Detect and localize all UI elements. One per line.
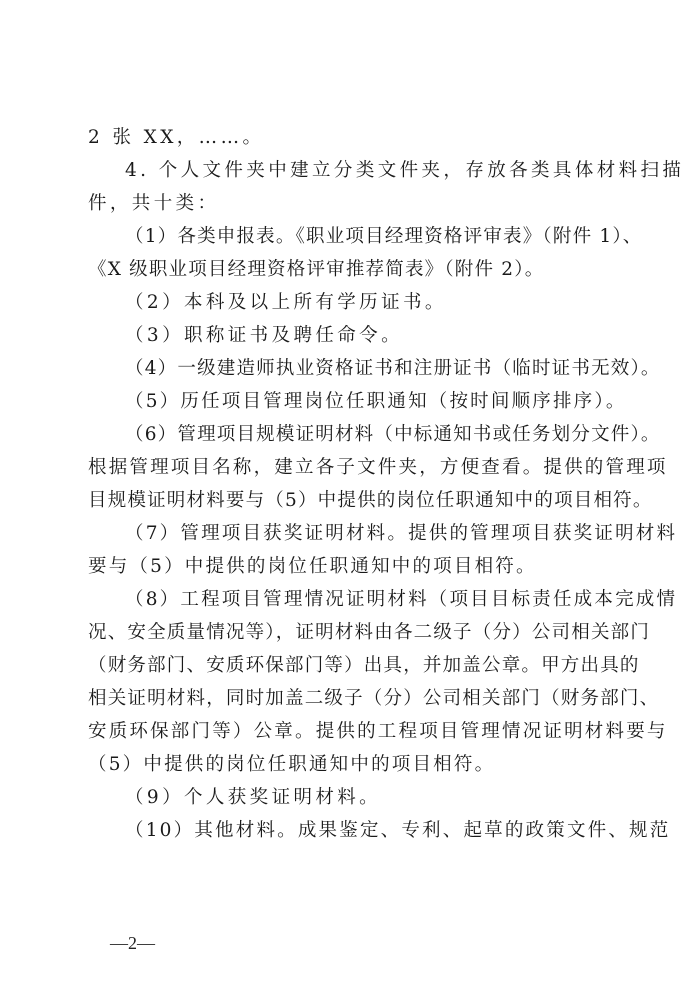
- text-line: 目规模证明材料要与（5）中提供的岗位任职通知中的项目相符。: [88, 484, 614, 517]
- text-line-subitem-10: （10）其他材料。成果鉴定、专利、起草的政策文件、规范: [88, 814, 614, 847]
- text-line: 安质环保部门等）公章。提供的工程项目管理情况证明材料要与: [88, 715, 614, 748]
- document-page: 2 张 XX，……。 4. 个人文件夹中建立分类文件夹，存放各类具体材料扫描 件…: [0, 0, 700, 990]
- text-line-subitem-3: （3）职称证书及聘任命令。: [88, 319, 614, 352]
- text-line-subitem-4: （4）一级建造师执业资格证书和注册证书（临时证书无效）。: [88, 352, 614, 385]
- text-line-subitem-7: （7）管理项目获奖证明材料。提供的管理项目获奖证明材料: [88, 517, 614, 550]
- text-line-subitem-9: （9）个人获奖证明材料。: [88, 781, 614, 814]
- text-line: 根据管理项目名称，建立各子文件夹，方便查看。提供的管理项: [88, 451, 614, 484]
- text-line: （5）中提供的岗位任职通知中的项目相符。: [88, 748, 614, 781]
- text-line: 件，共十类：: [88, 187, 614, 220]
- text-line-subitem-1: （1）各类申报表。《职业项目经理资格评审表》（附件 1）、: [88, 220, 614, 253]
- text-line-subitem-5: （5）历任项目管理岗位任职通知（按时间顺序排序）。: [88, 385, 614, 418]
- text-line: 《X 级职业项目经理资格评审推荐简表》（附件 2）。: [88, 253, 614, 286]
- text-line-subitem-8: （8）工程项目管理情况证明材料（项目目标责任成本完成情: [88, 583, 614, 616]
- text-line: （财务部门、安质环保部门等）出具，并加盖公章。甲方出具的: [88, 649, 614, 682]
- text-line-subitem-2: （2）本科及以上所有学历证书。: [88, 286, 614, 319]
- page-number: —2—: [110, 933, 155, 954]
- text-line: 相关证明材料，同时加盖二级子（分）公司相关部门（财务部门、: [88, 682, 614, 715]
- text-line: 况、安全质量情况等），证明材料由各二级子（分）公司相关部门: [88, 616, 614, 649]
- text-line: 要与（5）中提供的岗位任职通知中的项目相符。: [88, 550, 614, 583]
- text-line-continuation: 2 张 XX，……。: [88, 121, 614, 154]
- text-line-subitem-6: （6）管理项目规模证明材料（中标通知书或任务划分文件）。: [88, 418, 614, 451]
- document-body: 2 张 XX，……。 4. 个人文件夹中建立分类文件夹，存放各类具体材料扫描 件…: [88, 121, 614, 847]
- text-line-item-4: 4. 个人文件夹中建立分类文件夹，存放各类具体材料扫描: [88, 154, 614, 187]
